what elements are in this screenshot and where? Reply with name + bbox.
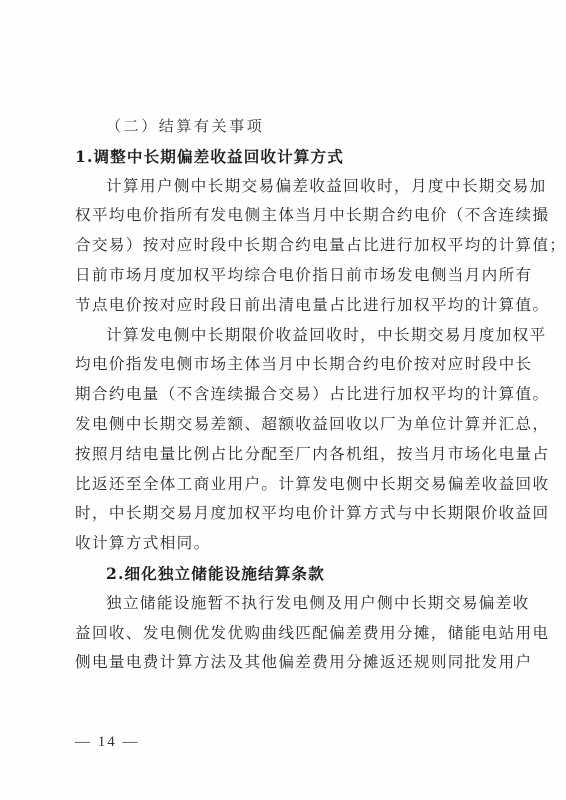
document-body: （二）结算有关事项 1.调整中长期偏差收益回收计算方式 计算用户侧中长期交易偏差… [75, 112, 491, 678]
item-2-heading: 2.细化独立储能设施结算条款 [75, 559, 491, 589]
paragraph-line: 比返还至全体工商业用户。计算发电侧中长期交易偏差收益回收 [75, 470, 491, 500]
paragraph-line: 益回收、发电侧优发优购曲线匹配偏差费用分摊，储能电站用电 [75, 619, 491, 649]
paragraph-line: 按照月结电量比例占比分配至厂内各机组，按当月市场化电量占 [75, 440, 491, 470]
document-page: （二）结算有关事项 1.调整中长期偏差收益回收计算方式 计算用户侧中长期交易偏差… [0, 0, 566, 800]
item-1-heading: 1.调整中长期偏差收益回收计算方式 [75, 142, 491, 172]
paragraph-line: 侧电量电费计算方法及其他偏差费用分摊返还规则同批发用户 [75, 648, 491, 678]
paragraph-line: 期合约电量（不含连续撮合交易）占比进行加权平均的计算值。 [75, 380, 491, 410]
section-heading: （二）结算有关事项 [75, 112, 491, 142]
page-number: — 14 — [75, 734, 140, 751]
paragraph-line: 时，中长期交易月度加权平均电价计算方式与中长期限价收益回 [75, 499, 491, 529]
paragraph-line: 发电侧中长期交易差额、超额收益回收以厂为单位计算并汇总， [75, 410, 491, 440]
paragraph-line: 权平均电价指所有发电侧主体当月中长期合约电价（不含连续撮 [75, 201, 491, 231]
item-1-paragraph-1: 计算用户侧中长期交易偏差收益回收时，月度中长期交易加 权平均电价指所有发电侧主体… [75, 172, 491, 321]
paragraph-line: 收计算方式相同。 [75, 529, 491, 559]
paragraph-line: 计算发电侧中长期限价收益回收时，中长期交易月度加权平 [75, 321, 491, 351]
paragraph-line: 独立储能设施暂不执行发电侧及用户侧中长期交易偏差收 [75, 589, 491, 619]
paragraph-line: 计算用户侧中长期交易偏差收益回收时，月度中长期交易加 [75, 172, 491, 202]
paragraph-line: 节点电价按对应时段日前出清电量占比进行加权平均的计算值。 [75, 291, 491, 321]
item-2-paragraph-1: 独立储能设施暂不执行发电侧及用户侧中长期交易偏差收 益回收、发电侧优发优购曲线匹… [75, 589, 491, 678]
item-1-paragraph-2: 计算发电侧中长期限价收益回收时，中长期交易月度加权平 均电价指发电侧市场主体当月… [75, 321, 491, 559]
paragraph-line: 合交易）按对应时段中长期合约电量占比进行加权平均的计算值； [75, 231, 491, 261]
paragraph-line: 日前市场月度加权平均综合电价指日前市场发电侧当月内所有 [75, 261, 491, 291]
paragraph-line: 均电价指发电侧市场主体当月中长期合约电价按对应时段中长 [75, 350, 491, 380]
